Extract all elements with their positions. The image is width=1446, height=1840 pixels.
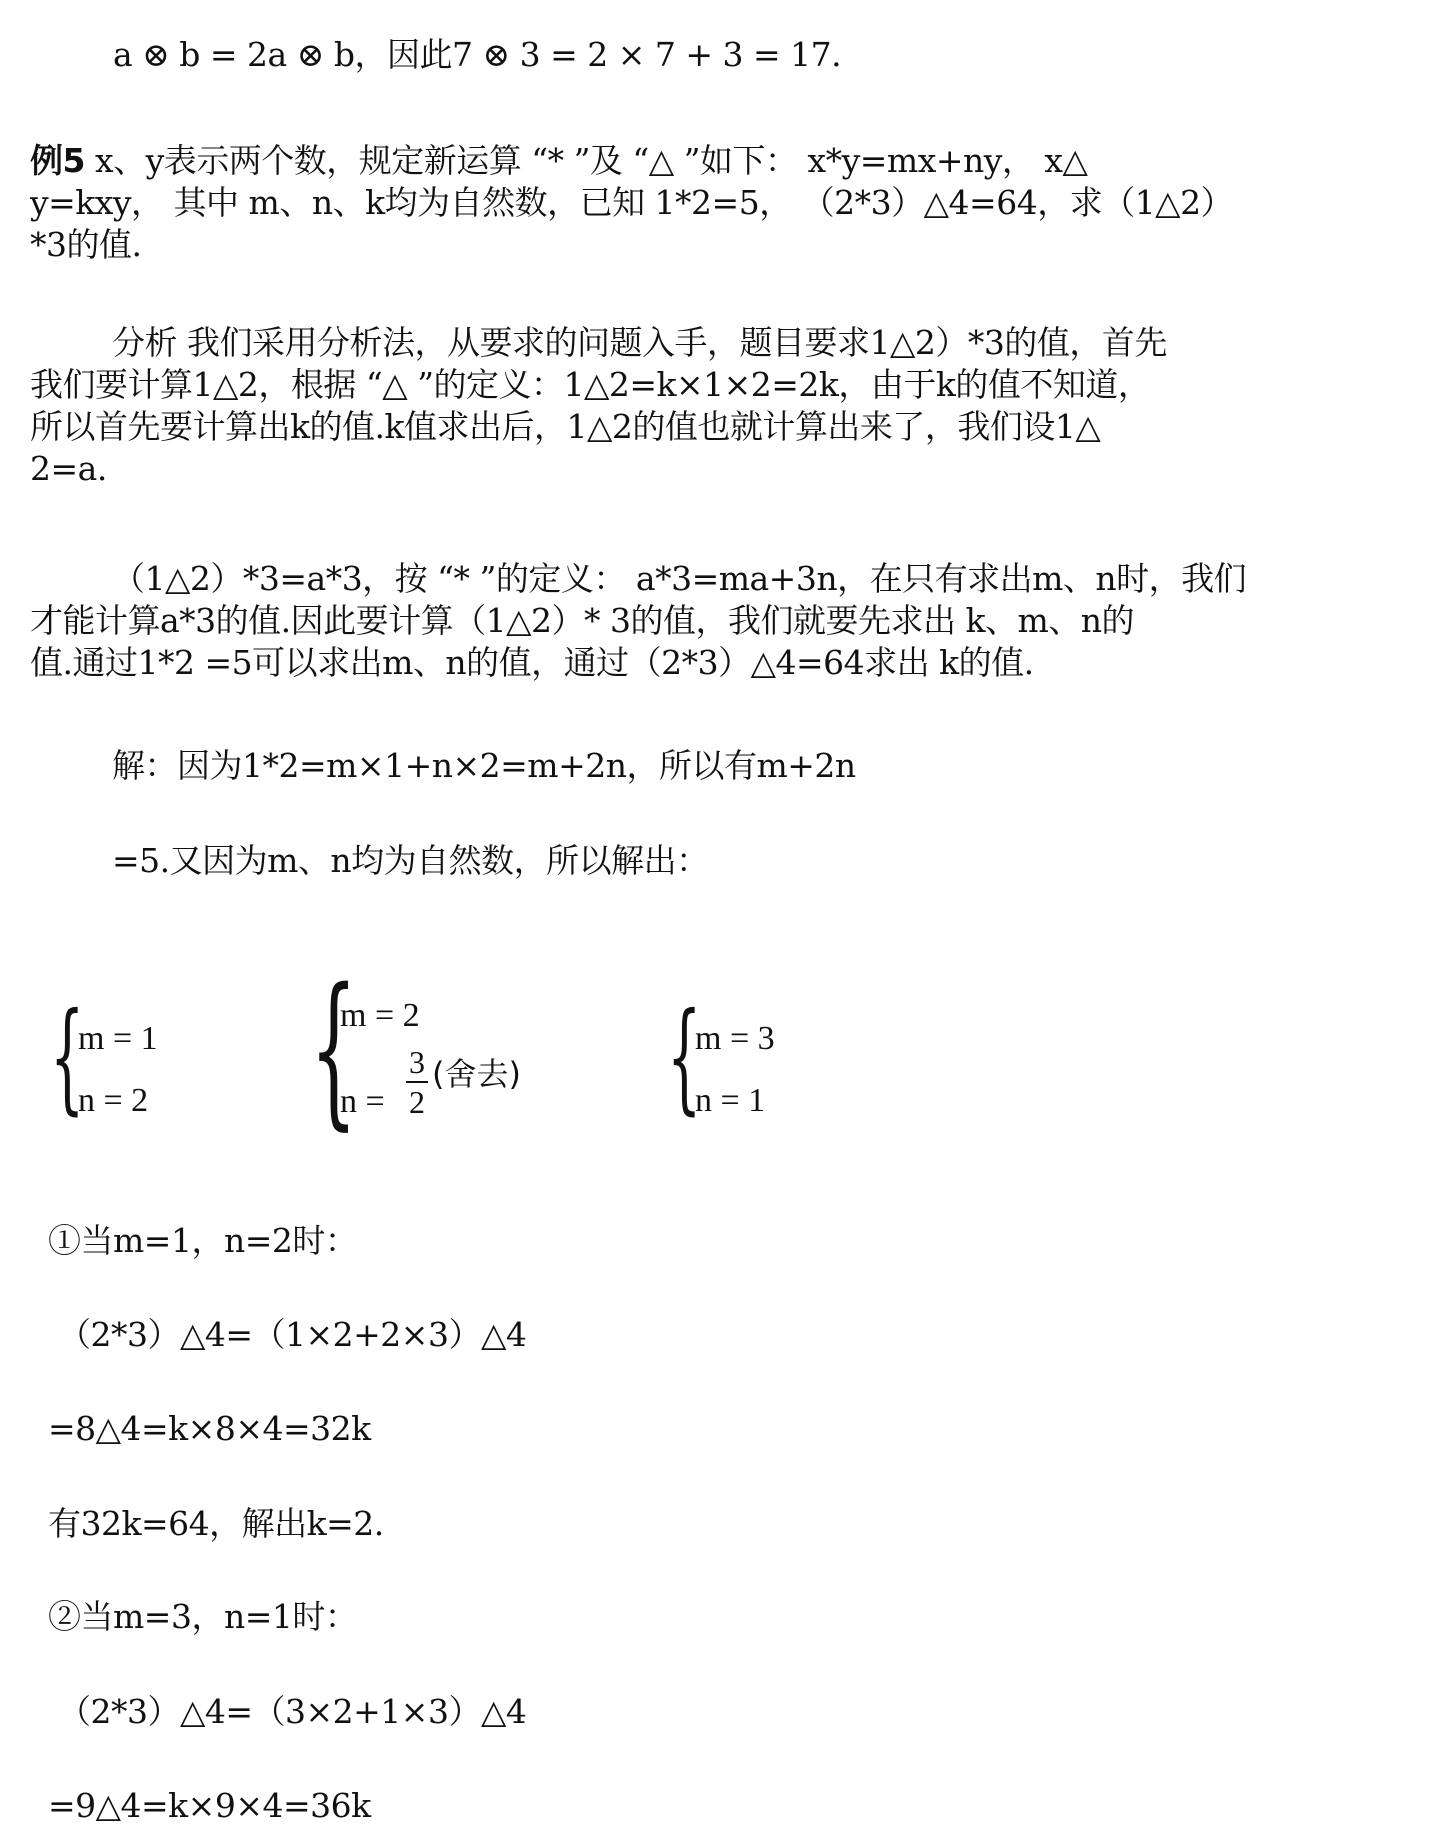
fraction-denominator: 2: [409, 1085, 425, 1119]
analysis-paragraph-2: （1△2）*3=a*3，按 “* ”的定义： a*3=ma+3n，在只有求出m、…: [30, 558, 1440, 684]
system-3-eq-m: m = 3: [695, 1020, 775, 1058]
example-5-line-1: 例5 x、y表示两个数，规定新运算 “* ”及 “△ ”如下： x*y=mx+n…: [30, 140, 1440, 182]
case-1-step-2: =8△4=k×8×4=32k: [48, 1410, 371, 1448]
solution-line-1: 解：因为1*2=m×1+n×2=m+2n，所以有m+2n: [112, 747, 856, 785]
top-equation-line: a ⊗ b = 2a ⊗ b，因此7 ⊗ 3 = 2 × 7 + 3 = 17.: [113, 36, 841, 74]
case-1-heading: ①当m=1，n=2时：: [48, 1222, 357, 1260]
analysis-paragraph: 分析 我们采用分析法，从要求的问题入手，题目要求1△2）*3的值，首先 我们要计…: [30, 322, 1440, 490]
example-label: 例5: [30, 141, 85, 180]
case-2-step-2: =9△4=k×9×4=36k: [48, 1787, 371, 1825]
analysis-line-1: 分析 我们采用分析法，从要求的问题入手，题目要求1△2）*3的值，首先: [30, 322, 1440, 364]
case-2-heading: ②当m=3，n=1时：: [48, 1598, 357, 1636]
example-5-line-3: *3的值.: [30, 224, 1440, 266]
fraction-numerator: 3: [409, 1045, 425, 1079]
system-3-eq-n: n = 1: [695, 1082, 765, 1120]
system-2-eq-m: m = 2: [340, 997, 420, 1035]
equation-system-2: { m = 2 n = 3 2 (舍去): [318, 985, 578, 1160]
example-5-statement: 例5 x、y表示两个数，规定新运算 “* ”及 “△ ”如下： x*y=mx+n…: [30, 140, 1440, 266]
analysis2-line-1-text: （1△2）*3=a*3，按 “* ”的定义： a*3=ma+3n，在只有求出m、…: [112, 559, 1246, 598]
case-1-step-3: 有32k=64，解出k=2.: [48, 1505, 384, 1543]
case-2-step-1: （2*3）△4=（3×2+1×3）△4: [58, 1693, 526, 1731]
fraction-bar: [406, 1081, 428, 1083]
case-1-step-1: （2*3）△4=（1×2+2×3）△4: [58, 1316, 526, 1354]
system-2-eq-n-prefix: n =: [340, 1083, 385, 1121]
analysis2-line-3: 值.通过1*2 =5可以求出m、n的值，通过（2*3）△4=64求出 k的值.: [30, 642, 1440, 684]
analysis-line-4: 2=a.: [30, 448, 1440, 490]
analysis-line-3: 所以首先要计算出k的值.k值求出后，1△2的值也就计算出来了，我们设1△: [30, 406, 1440, 448]
analysis-line-2: 我们要计算1△2，根据 “△ ”的定义：1△2=k×1×2=2k，由于k的值不知…: [30, 364, 1440, 406]
analysis-line-1-text: 分析 我们采用分析法，从要求的问题入手，题目要求1△2）*3的值，首先: [112, 323, 1167, 362]
analysis2-line-1: （1△2）*3=a*3，按 “* ”的定义： a*3=ma+3n，在只有求出m、…: [30, 558, 1440, 600]
system-1-eq-n: n = 2: [78, 1082, 148, 1120]
example-5-line-2: y=kxy， 其中 m、n、k均为自然数，已知 1*2=5， （2*3）△4=6…: [30, 182, 1440, 224]
equation-system-1: { m = 1 n = 2: [56, 1010, 186, 1140]
equation-system-3: { m = 3 n = 1: [673, 1010, 803, 1140]
analysis2-line-2: 才能计算a*3的值.因此要计算（1△2）* 3的值，我们就要先求出 k、m、n的: [30, 600, 1440, 642]
solution-line-2: =5.又因为m、n均为自然数，所以解出：: [112, 842, 709, 880]
fraction-three-halves: 3 2: [406, 1045, 428, 1119]
system-1-eq-m: m = 1: [78, 1020, 158, 1058]
example-line-1-text: x、y表示两个数，规定新运算 “* ”及 “△ ”如下： x*y=mx+ny， …: [85, 141, 1087, 180]
discard-note: (舍去): [432, 1049, 521, 1095]
